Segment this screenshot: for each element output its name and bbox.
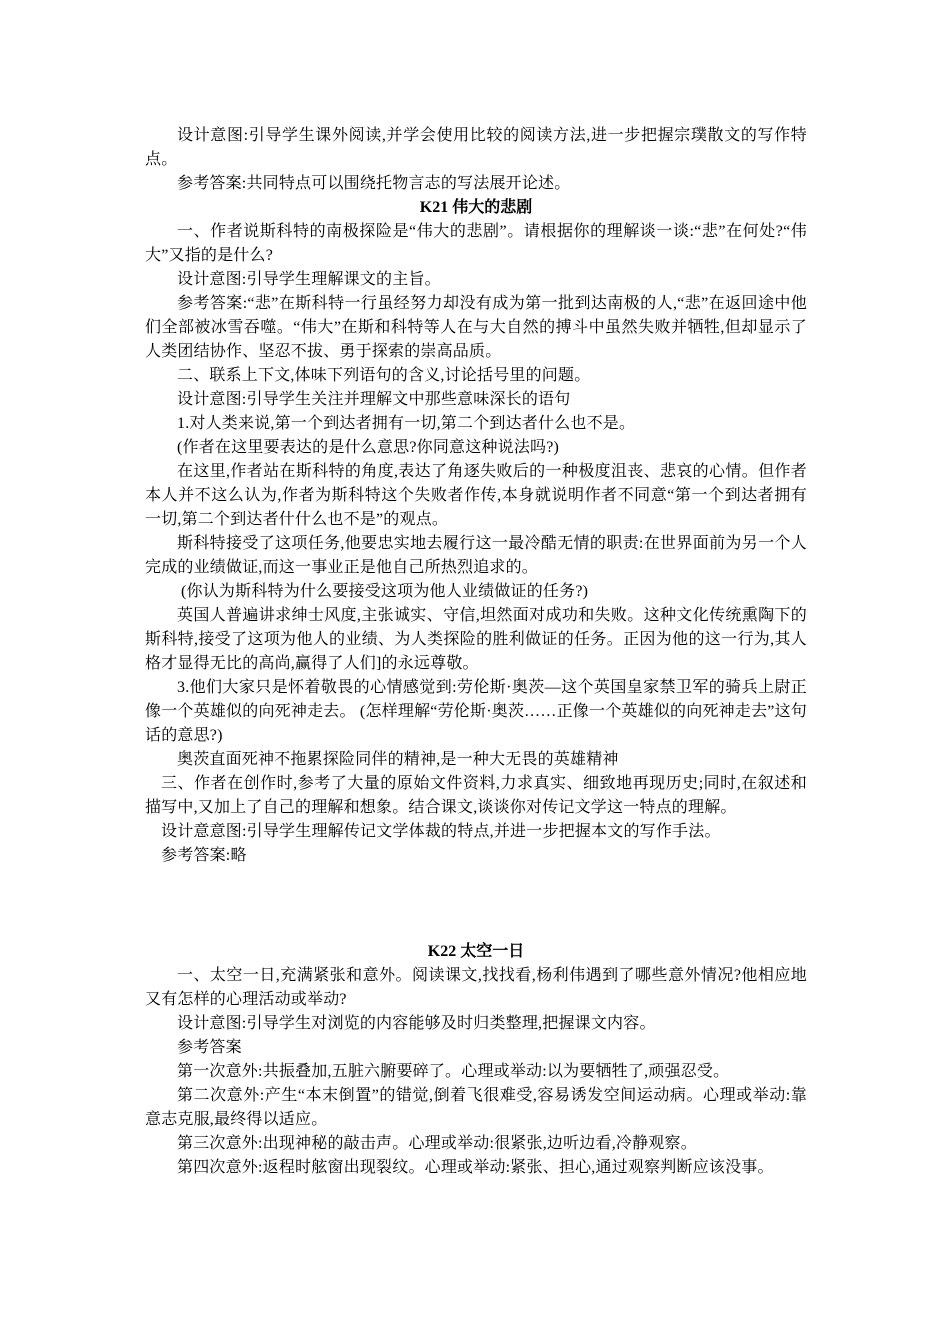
paragraph: 在这里,作者站在斯科特的角度,表达了角逐失败后的一种极度沮丧、悲哀的心情。但作者… <box>145 460 807 532</box>
paragraph: 3.他们大家只是怀着敬畏的心情感觉到:劳伦斯·奥茨—这个英国皇家禁卫军的骑兵上尉… <box>145 676 807 748</box>
paragraph: 设计意图:引导学生理解课文的主旨。 <box>145 268 807 292</box>
paragraph: (你认为斯科特为什么要接受这项为他人业绩做证的任务?) <box>145 580 807 604</box>
paragraph: 第一次意外:共振叠加,五脏六腑要碎了。心理或举动:以为要牺牲了,顽强忍受。 <box>145 1060 807 1084</box>
spacer <box>145 868 807 940</box>
paragraph: 1.对人类来说,第一个到达者拥有一切,第二个到达者什么也不是。 <box>145 412 807 436</box>
paragraph: 第三次意外:出现神秘的敲击声。心理或举动:很紧张,边听边看,冷静观察。 <box>145 1132 807 1156</box>
paragraph: 一、太空一日,充满紧张和意外。阅读课文,找找看,杨利伟遇到了哪些意外情况?他相应… <box>145 964 807 1012</box>
paragraph: 奥茨直面死神不拖累探险同伴的精神,是一种大无畏的英雄精神 <box>145 748 807 772</box>
paragraph: 参考答案:共同特点可以围绕托物言志的写法展开论述。 <box>145 172 807 196</box>
paragraph: 英国人普遍讲求绅士风度,主张诚实、守信,坦然面对成功和失败。这种文化传统熏陶下的… <box>145 604 807 676</box>
paragraph: 设计意意图:引导学生理解传记文学体裁的特点,并进一步把握本文的写作手法。 <box>145 820 807 844</box>
section-title-k21: K21 伟大的悲剧 <box>145 196 807 220</box>
section-title-k22: K22 太空一日 <box>145 940 807 964</box>
paragraph: 第二次意外:产生“本末倒置”的错觉,倒着飞很难受,容易诱发空间运动病。心理或举动… <box>145 1084 807 1132</box>
document-page: 设计意图:引导学生课外阅读,并学会使用比较的阅读方法,进一步把握宗璞散文的写作特… <box>145 124 807 1180</box>
paragraph: 参考答案:略 <box>145 844 807 868</box>
paragraph: 斯科特接受了这项任务,他要忠实地去履行这一最冷酷无情的职责:在世界面前为另一个人… <box>145 532 807 580</box>
paragraph: 二、联系上下文,体味下列语句的含义,讨论括号里的问题。 <box>145 364 807 388</box>
paragraph: (作者在这里要表达的是什么意思?你同意这种说法吗?) <box>145 436 807 460</box>
paragraph: 参考答案:“悲”在斯科特一行虽经努力却没有成为第一批到达南极的人,“悲”在返回途… <box>145 292 807 364</box>
paragraph: 三、作者在创作时,参考了大量的原始文件资料,力求真实、细致地再现历史;同时,在叙… <box>145 772 807 820</box>
paragraph: 参考答案 <box>145 1036 807 1060</box>
paragraph: 第四次意外:返程时舷窗出现裂纹。心理或举动:紧张、担心,通过观察判断应该没事。 <box>145 1156 807 1180</box>
paragraph: 一、作者说斯科特的南极探险是“伟大的悲剧”。请根据你的理解谈一谈:“悲”在何处?… <box>145 220 807 268</box>
paragraph: 设计意图:引导学生课外阅读,并学会使用比较的阅读方法,进一步把握宗璞散文的写作特… <box>145 124 807 172</box>
paragraph: 设计意图:引导学生对浏览的内容能够及时归类整理,把握课文内容。 <box>145 1012 807 1036</box>
paragraph: 设计意图:引导学生关注并理解文中那些意味深长的语句 <box>145 388 807 412</box>
